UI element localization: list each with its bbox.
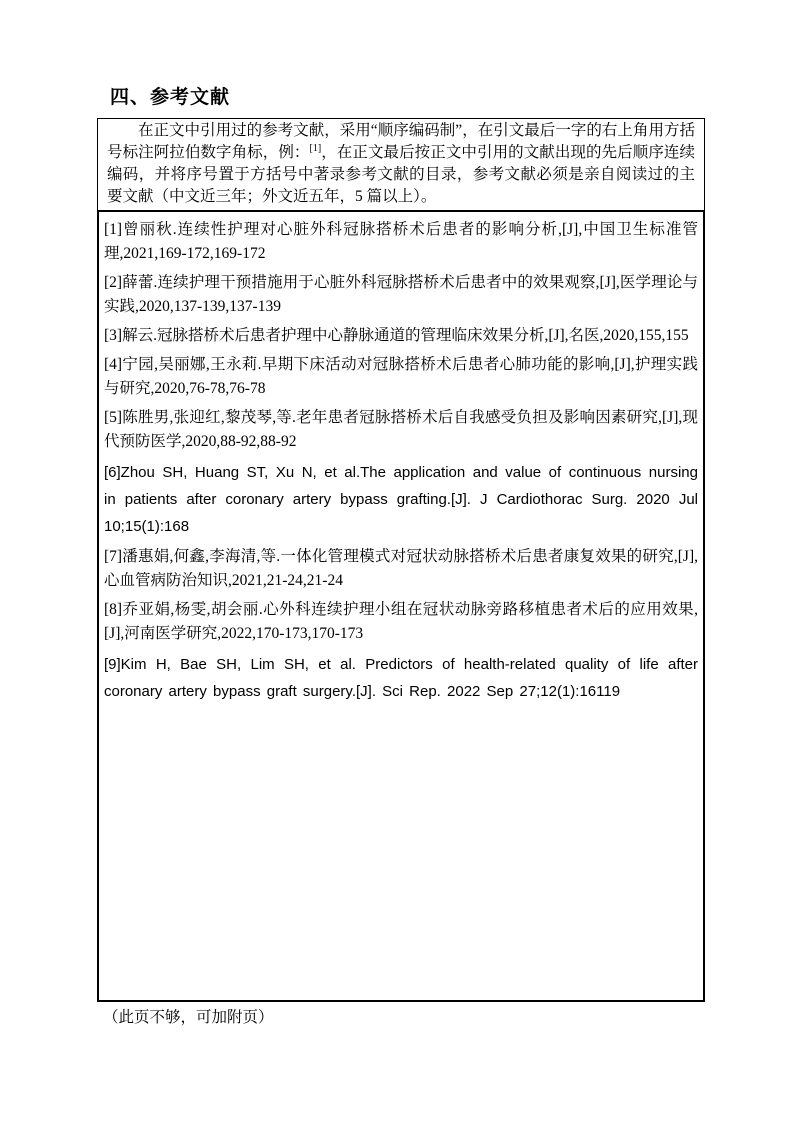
section-title: 四、参考文献 xyxy=(110,82,230,109)
reference-item: [4]宁园,吴丽娜,王永莉.早期下床活动对冠脉搭桥术后患者心肺功能的影响,[J]… xyxy=(104,353,698,401)
reference-item: [1]曾丽秋.连续性护理对心脏外科冠脉搭桥术后患者的影响分析,[J],中国卫生标… xyxy=(104,218,698,266)
references-box: [1]曾丽秋.连续性护理对心脏外科冠脉搭桥术后患者的影响分析,[J],中国卫生标… xyxy=(97,210,705,1002)
reference-item: [8]乔亚娟,杨雯,胡会丽.心外科连续护理小组在冠状动脉旁路移植患者术后的应用效… xyxy=(104,598,698,646)
reference-item: [6]Zhou SH, Huang ST, Xu N, et al.The ap… xyxy=(104,459,698,540)
document-page: 四、参考文献 在正文中引用过的参考文献，采用“顺序编码制”，在引文最后一字的右上… xyxy=(0,0,793,1122)
instruction-box: 在正文中引用过的参考文献，采用“顺序编码制”，在引文最后一字的右上角用方括号标注… xyxy=(97,118,705,211)
reference-item: [9]Kim H, Bae SH, Lim SH, et al. Predict… xyxy=(104,651,698,705)
reference-item: [5]陈胜男,张迎红,黎茂琴,等.老年患者冠脉搭桥术后自我感受负担及影响因素研究… xyxy=(104,406,698,454)
reference-item: [7]潘惠娟,何鑫,李海清,等.一体化管理模式对冠状动脉搭桥术后患者康复效果的研… xyxy=(104,545,698,593)
references-table: 在正文中引用过的参考文献，采用“顺序编码制”，在引文最后一字的右上角用方括号标注… xyxy=(97,118,705,1002)
citation-superscript: [1] xyxy=(309,143,321,154)
reference-item: [2]薛蕾.连续护理干预措施用于心脏外科冠脉搭桥术后患者中的效果观察,[J],医… xyxy=(104,271,698,319)
reference-item: [3]解云.冠脉搭桥术后患者护理中心静脉通道的管理临床效果分析,[J],名医,2… xyxy=(104,324,698,348)
footer-note: （此页不够，可加附页） xyxy=(103,1005,274,1027)
